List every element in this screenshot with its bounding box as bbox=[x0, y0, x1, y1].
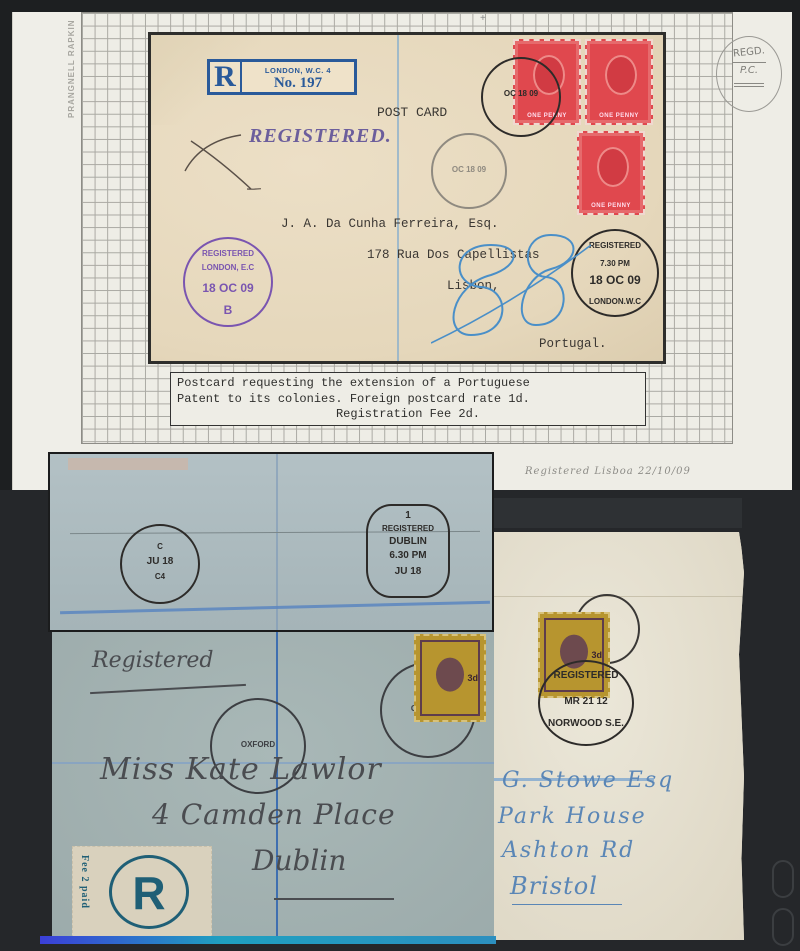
album-maker-label: PRANGNELL RAPKIN bbox=[67, 18, 79, 118]
handwritten-registered: Registered bbox=[92, 648, 213, 673]
stamp-one-penny: ONE PENNY bbox=[577, 131, 645, 215]
stock-strip bbox=[492, 498, 742, 528]
postmark-chancery-lane: OC 18 09 bbox=[481, 57, 561, 137]
caption-line1: Postcard requesting the extension of a P… bbox=[177, 376, 530, 390]
registration-label: R LONDON, W.C. 4 No. 197 bbox=[207, 59, 357, 95]
registered-handstamp: REGISTERED. bbox=[249, 125, 392, 148]
handwritten-address-line: 4 Camden Place bbox=[152, 798, 396, 831]
registration-etiquette: Fee 2 paid R bbox=[72, 846, 212, 938]
binder-hole bbox=[772, 860, 794, 898]
caption-line3: Registration Fee 2d. bbox=[177, 407, 639, 423]
paper-tear bbox=[68, 458, 188, 470]
binder-hole bbox=[772, 908, 794, 946]
pencil-annotation: REGD. P.C. bbox=[716, 36, 782, 112]
registration-r: R bbox=[210, 62, 242, 92]
registration-office: LONDON, W.C. 4 bbox=[242, 66, 354, 75]
registration-r-circle: R bbox=[109, 855, 189, 929]
cover-back-dublin: C JU 18 C4 1 REGISTERED DUBLIN 6.30 PM J… bbox=[48, 452, 494, 632]
stamp-one-penny: ONE PENNY bbox=[585, 39, 653, 125]
annotation-double-rule bbox=[734, 83, 764, 84]
handwritten-address-line: Ashton Rd bbox=[502, 838, 635, 863]
caption-box: Postcard requesting the extension of a P… bbox=[170, 372, 646, 426]
grid-center-mark: + bbox=[480, 13, 486, 24]
postmark-registered-norwood: REGISTERED MR 21 12 NORWOOD S.E. bbox=[538, 660, 634, 746]
handwritten-address-line: Bristol bbox=[510, 872, 598, 900]
pencil-note: Registered Lisboa 22/10/09 bbox=[525, 466, 691, 477]
underline bbox=[512, 904, 622, 905]
scan-artifact-band bbox=[40, 936, 496, 944]
underline bbox=[90, 684, 246, 694]
fee-paid-text: Fee 2 paid bbox=[79, 855, 90, 909]
king-portrait bbox=[436, 658, 464, 692]
handwritten-address-line: Park House bbox=[498, 804, 647, 829]
postmark-greystones: C JU 18 C4 bbox=[120, 524, 200, 604]
postmark-registered-dublin: 1 REGISTERED DUBLIN 6.30 PM JU 18 bbox=[366, 504, 450, 598]
postcard-heading: POST CARD bbox=[377, 105, 447, 120]
annotation-rule bbox=[732, 62, 766, 63]
cover-front-dublin: Registered OXFORD OXFORD 3d Miss Kate La… bbox=[52, 632, 496, 938]
blue-crayon-line bbox=[276, 454, 278, 630]
registration-number: No. 197 bbox=[242, 75, 354, 91]
handwritten-address-line: Dublin bbox=[252, 844, 346, 877]
annotation-line2: P.C. bbox=[717, 65, 781, 78]
king-portrait bbox=[597, 147, 629, 187]
handwritten-address-line: Miss Kate Lawlor bbox=[100, 752, 382, 787]
blue-crayon-88-mark bbox=[431, 225, 591, 345]
cover-norwood: 3d REGISTERED MR 21 12 NORWOOD S.E. G. S… bbox=[494, 532, 744, 940]
stamp-three-pence: 3d bbox=[414, 634, 486, 722]
underline bbox=[274, 898, 394, 900]
annotation-line1: REGD. bbox=[717, 44, 782, 63]
postmark-registered-london-ec: REGISTERED LONDON, E.C 18 OC 09 B bbox=[183, 237, 273, 327]
blue-crayon-line bbox=[397, 35, 399, 361]
king-portrait bbox=[605, 55, 637, 95]
postmark-chancery-lane-faint: OC 18 09 bbox=[431, 133, 507, 209]
blue-crayon-streak bbox=[60, 601, 490, 615]
pen-cross-icon bbox=[181, 131, 261, 195]
handwritten-address-line: G. Stowe Esq bbox=[502, 768, 674, 793]
caption-line2: Patent to its colonies. Foreign postcard… bbox=[177, 392, 530, 406]
registered-postcard: R LONDON, W.C. 4 No. 197 POST CARD REGIS… bbox=[148, 32, 666, 364]
